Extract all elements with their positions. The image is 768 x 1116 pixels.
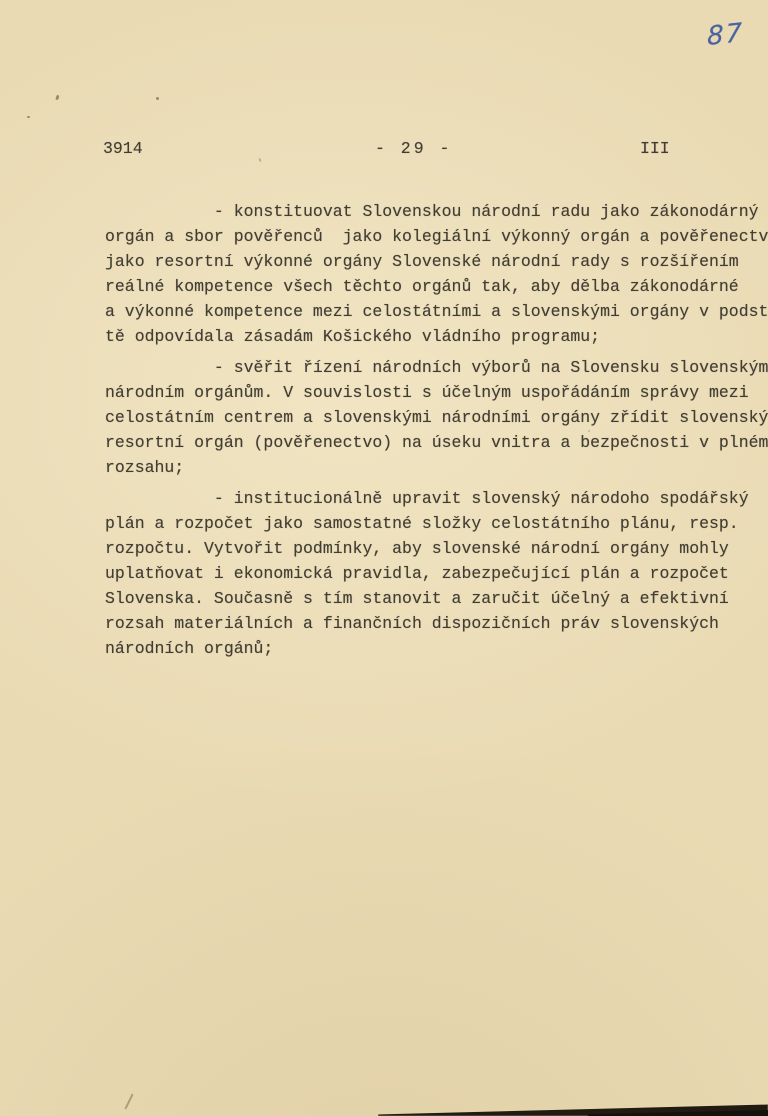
page-header: 3914 - 29 - III xyxy=(0,139,768,161)
paragraph-konstituovat: - konstituovat Slovenskou národní radu j… xyxy=(105,199,768,349)
document-body: - konstituovat Slovenskou národní radu j… xyxy=(105,199,768,667)
page-number: - 29 - xyxy=(375,139,452,158)
handwritten-page-number: 87 xyxy=(707,18,744,52)
paper-speck xyxy=(156,97,159,100)
paragraph-institucionalne: - institucionálně upravit slovenský náro… xyxy=(105,486,768,661)
paper-crease xyxy=(124,1093,133,1109)
paragraph-sverit: - svěřit řízení národních výborů na Slov… xyxy=(105,355,768,480)
paper-speck xyxy=(55,95,59,101)
scanned-document-page: 87 3914 - 29 - III - konstituovat Sloven… xyxy=(0,0,768,1116)
paper-speck xyxy=(27,116,30,118)
document-number: 3914 xyxy=(103,139,143,158)
section-number: III xyxy=(640,139,670,158)
paper-speck xyxy=(588,430,590,432)
